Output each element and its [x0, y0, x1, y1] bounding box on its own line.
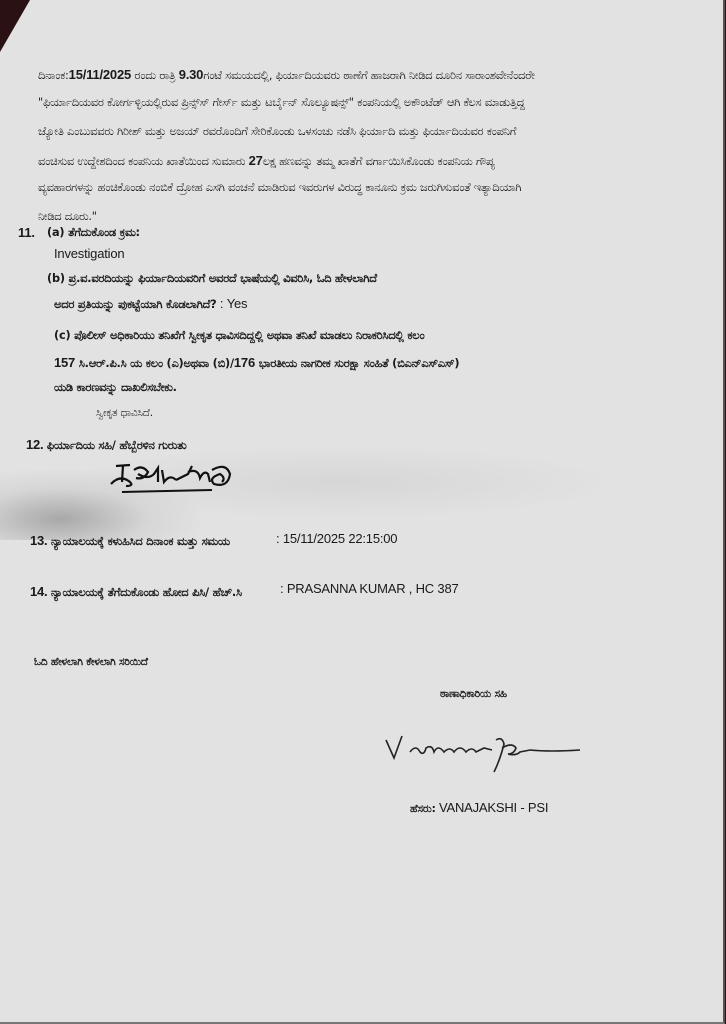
- item-12: 12. ಫಿರ್ಯಾದಿಯ ಸಹಿ/ ಹೆಬ್ಬೆರಳಿನ ಗುರುತು: [26, 437, 187, 453]
- item-11c-line-2: 157 ಸಿ.ಆರ್.ಪಿ.ಸಿ ಯ ಕಲಂ (ಎ)ಅಥವಾ (ಬಿ)/176 …: [54, 355, 459, 371]
- item-11a-label: (a) ತೆಗೆದುಕೊಂಡ ಕ್ರಮ:: [47, 226, 140, 240]
- item-11b-text: ಅದರ ಪ್ರತಿಯನ್ನು ಪುಕಟ್ಟೆಯಾಗಿ ಕೊಡಲಾಗಿದೆ?: [54, 298, 216, 311]
- item-13-number: 13.: [30, 533, 47, 548]
- summary-line-2: "ಫಿರ್ಯಾದಿಯವರ ಕೋರ್ಗಳ್ಳಿಯಲ್ಲಿರುವ ಪ್ರಿನ್ಸ್‌…: [38, 96, 525, 110]
- section-number: 176: [234, 355, 255, 370]
- officer-name: ಹೆಸರು: VANAJAKSHI - PSI: [410, 800, 548, 816]
- summary-line-4: ವಂಚಿಸುವ ಉದ್ದೇಶದಿಂದ ಕಂಪನಿಯ ಖಾತೆಯಿಂದ ಸುಮಾರ…: [38, 153, 495, 169]
- item-11a-value: Investigation: [54, 246, 124, 261]
- summary-line-1: ದಿನಾಂಕ:15/11/2025 ರಂದು ರಾತ್ರಿ 9.30ಗಂಟೆ ಸ…: [38, 67, 535, 83]
- read-confirmation: ಓದಿ ಹೇಳಲಾಗಿ ಕೇಳಲಾಗಿ ಸರಿಯಿದೆ: [34, 656, 148, 669]
- item-11b-line-2: ಅದರ ಪ್ರತಿಯನ್ನು ಪುಕಟ್ಟೆಯಾಗಿ ಕೊಡಲಾಗಿದೆ? : …: [54, 296, 247, 312]
- summary-text: ರಂದು ರಾತ್ರಿ: [131, 69, 179, 82]
- item-11c-line-1: (c) ಪೊಲೀಸ್ ಅಧಿಕಾರಿಯು ತನಿಖೆಗೆ ಸ್ವೀಕೃತ ಧಾವ…: [54, 329, 424, 343]
- item-11c-text: ಭಾರತೀಯ ನಾಗರೀಕ ಸುರಕ್ಷಾ ಸಂಹಿತೆ (ಬಿಎನ್‌ಎಸ್‌…: [255, 357, 459, 370]
- item-11a-text: (a) ತೆಗೆದುಕೊಂಡ ಕ್ರಮ:: [47, 226, 140, 239]
- complaint-date: 15/11/2025: [69, 67, 131, 82]
- complaint-time: 9.30: [179, 67, 204, 82]
- summary-text: ವಂಚಿಸುವ ಉದ್ದೇಶದಿಂದ ಕಂಪನಿಯ ಖಾತೆಯಿಂದ ಸುಮಾರ…: [38, 155, 249, 168]
- item-14-label: ನ್ಯಾಯಾಲಯಕ್ಕೆ ತೆಗೆದುಕೊಂಡು ಹೋದ ಪಿಸಿ/ ಹೆಚ್.…: [51, 586, 242, 599]
- item-14-number: 14.: [30, 584, 47, 599]
- officer-name-label: ಹೆಸರು:: [410, 803, 436, 815]
- date-label: ದಿನಾಂಕ:: [38, 69, 69, 82]
- item-12-number: 12.: [26, 437, 43, 452]
- summary-line-6: ನೀಡಿದ ದೂರು.": [38, 210, 97, 224]
- officer-signature-label: ಠಾಣಾಧಿಕಾರಿಯ ಸಹಿ: [440, 688, 507, 701]
- officer-name-value: VANAJAKSHI - PSI: [436, 800, 549, 815]
- item-11c-value: ಸ್ವೀಕೃತ ಧಾವಿಸಿದೆ.: [96, 407, 153, 420]
- section-number: 157: [54, 355, 75, 370]
- officer-signature: [380, 730, 590, 780]
- summary-text: ಲಕ್ಷ ಹಣವನ್ನು ತಮ್ಮ ಖಾತೆಗೆ ವರ್ಗಾಯಿಸಿಕೊಂಡು …: [263, 155, 495, 168]
- complainant-signature: [108, 460, 243, 500]
- item-13: 13. ನ್ಯಾಯಾಲಯಕ್ಕೆ ಕಳುಹಿಸಿದ ದಿನಾಂಕ ಮತ್ತು ಸ…: [30, 533, 230, 549]
- item-11b-value: : Yes: [220, 296, 247, 311]
- item-11-number: 11.: [18, 225, 35, 240]
- item-12-label: ಫಿರ್ಯಾದಿಯ ಸಹಿ/ ಹೆಬ್ಬೆರಳಿನ ಗುರುತು: [47, 439, 187, 452]
- item-11c-line-3: ಯಡಿ ಕಾರಣವನ್ನು ದಾಖಲಿಸಬೇಕು.: [54, 381, 177, 395]
- item-11c-text: ಸಿ.ಆರ್.ಪಿ.ಸಿ ಯ ಕಲಂ (ಎ)ಅಥವಾ (ಬಿ)/: [75, 357, 234, 370]
- amount: 27: [249, 153, 263, 168]
- page-corner-fold: [0, 0, 30, 52]
- item-11b-line-1: (b) ಪ್ರ.ವ.ವರದಿಯನ್ನು ಫಿರ್ಯಾದಿಯವರಿಗೆ ಅವರದೆ…: [47, 272, 377, 286]
- document-page: ದಿನಾಂಕ:15/11/2025 ರಂದು ರಾತ್ರಿ 9.30ಗಂಟೆ ಸ…: [0, 0, 725, 1024]
- item-13-label: ನ್ಯಾಯಾಲಯಕ್ಕೆ ಕಳುಹಿಸಿದ ದಿನಾಂಕ ಮತ್ತು ಸಮಯ: [51, 535, 230, 548]
- item-14: 14. ನ್ಯಾಯಾಲಯಕ್ಕೆ ತೆಗೆದುಕೊಂಡು ಹೋದ ಪಿಸಿ/ ಹ…: [30, 584, 242, 600]
- summary-line-5: ವ್ಯವಹಾರಗಳನ್ನು ಹಂಚಿಕೊಂಡು ನಂಬಿಕೆ ದ್ರೋಹ ಎಸಗ…: [38, 181, 521, 195]
- summary-line-3: ಜ್ಯೋತಿ ಎಂಬುವವರು ಗಿರೀಶ್ ಮತ್ತು ಅಜಯ್ ರವರೊಂದ…: [38, 125, 516, 139]
- summary-text: ಗಂಟೆ ಸಮಯದಲ್ಲಿ, ಫಿರ್ಯಾದಿಯವರು ಠಾಣೆಗೆ ಹಾಜರಾ…: [203, 69, 534, 82]
- item-13-value: : 15/11/2025 22:15:00: [276, 531, 397, 546]
- item-14-value: : PRASANNA KUMAR , HC 387: [280, 581, 459, 596]
